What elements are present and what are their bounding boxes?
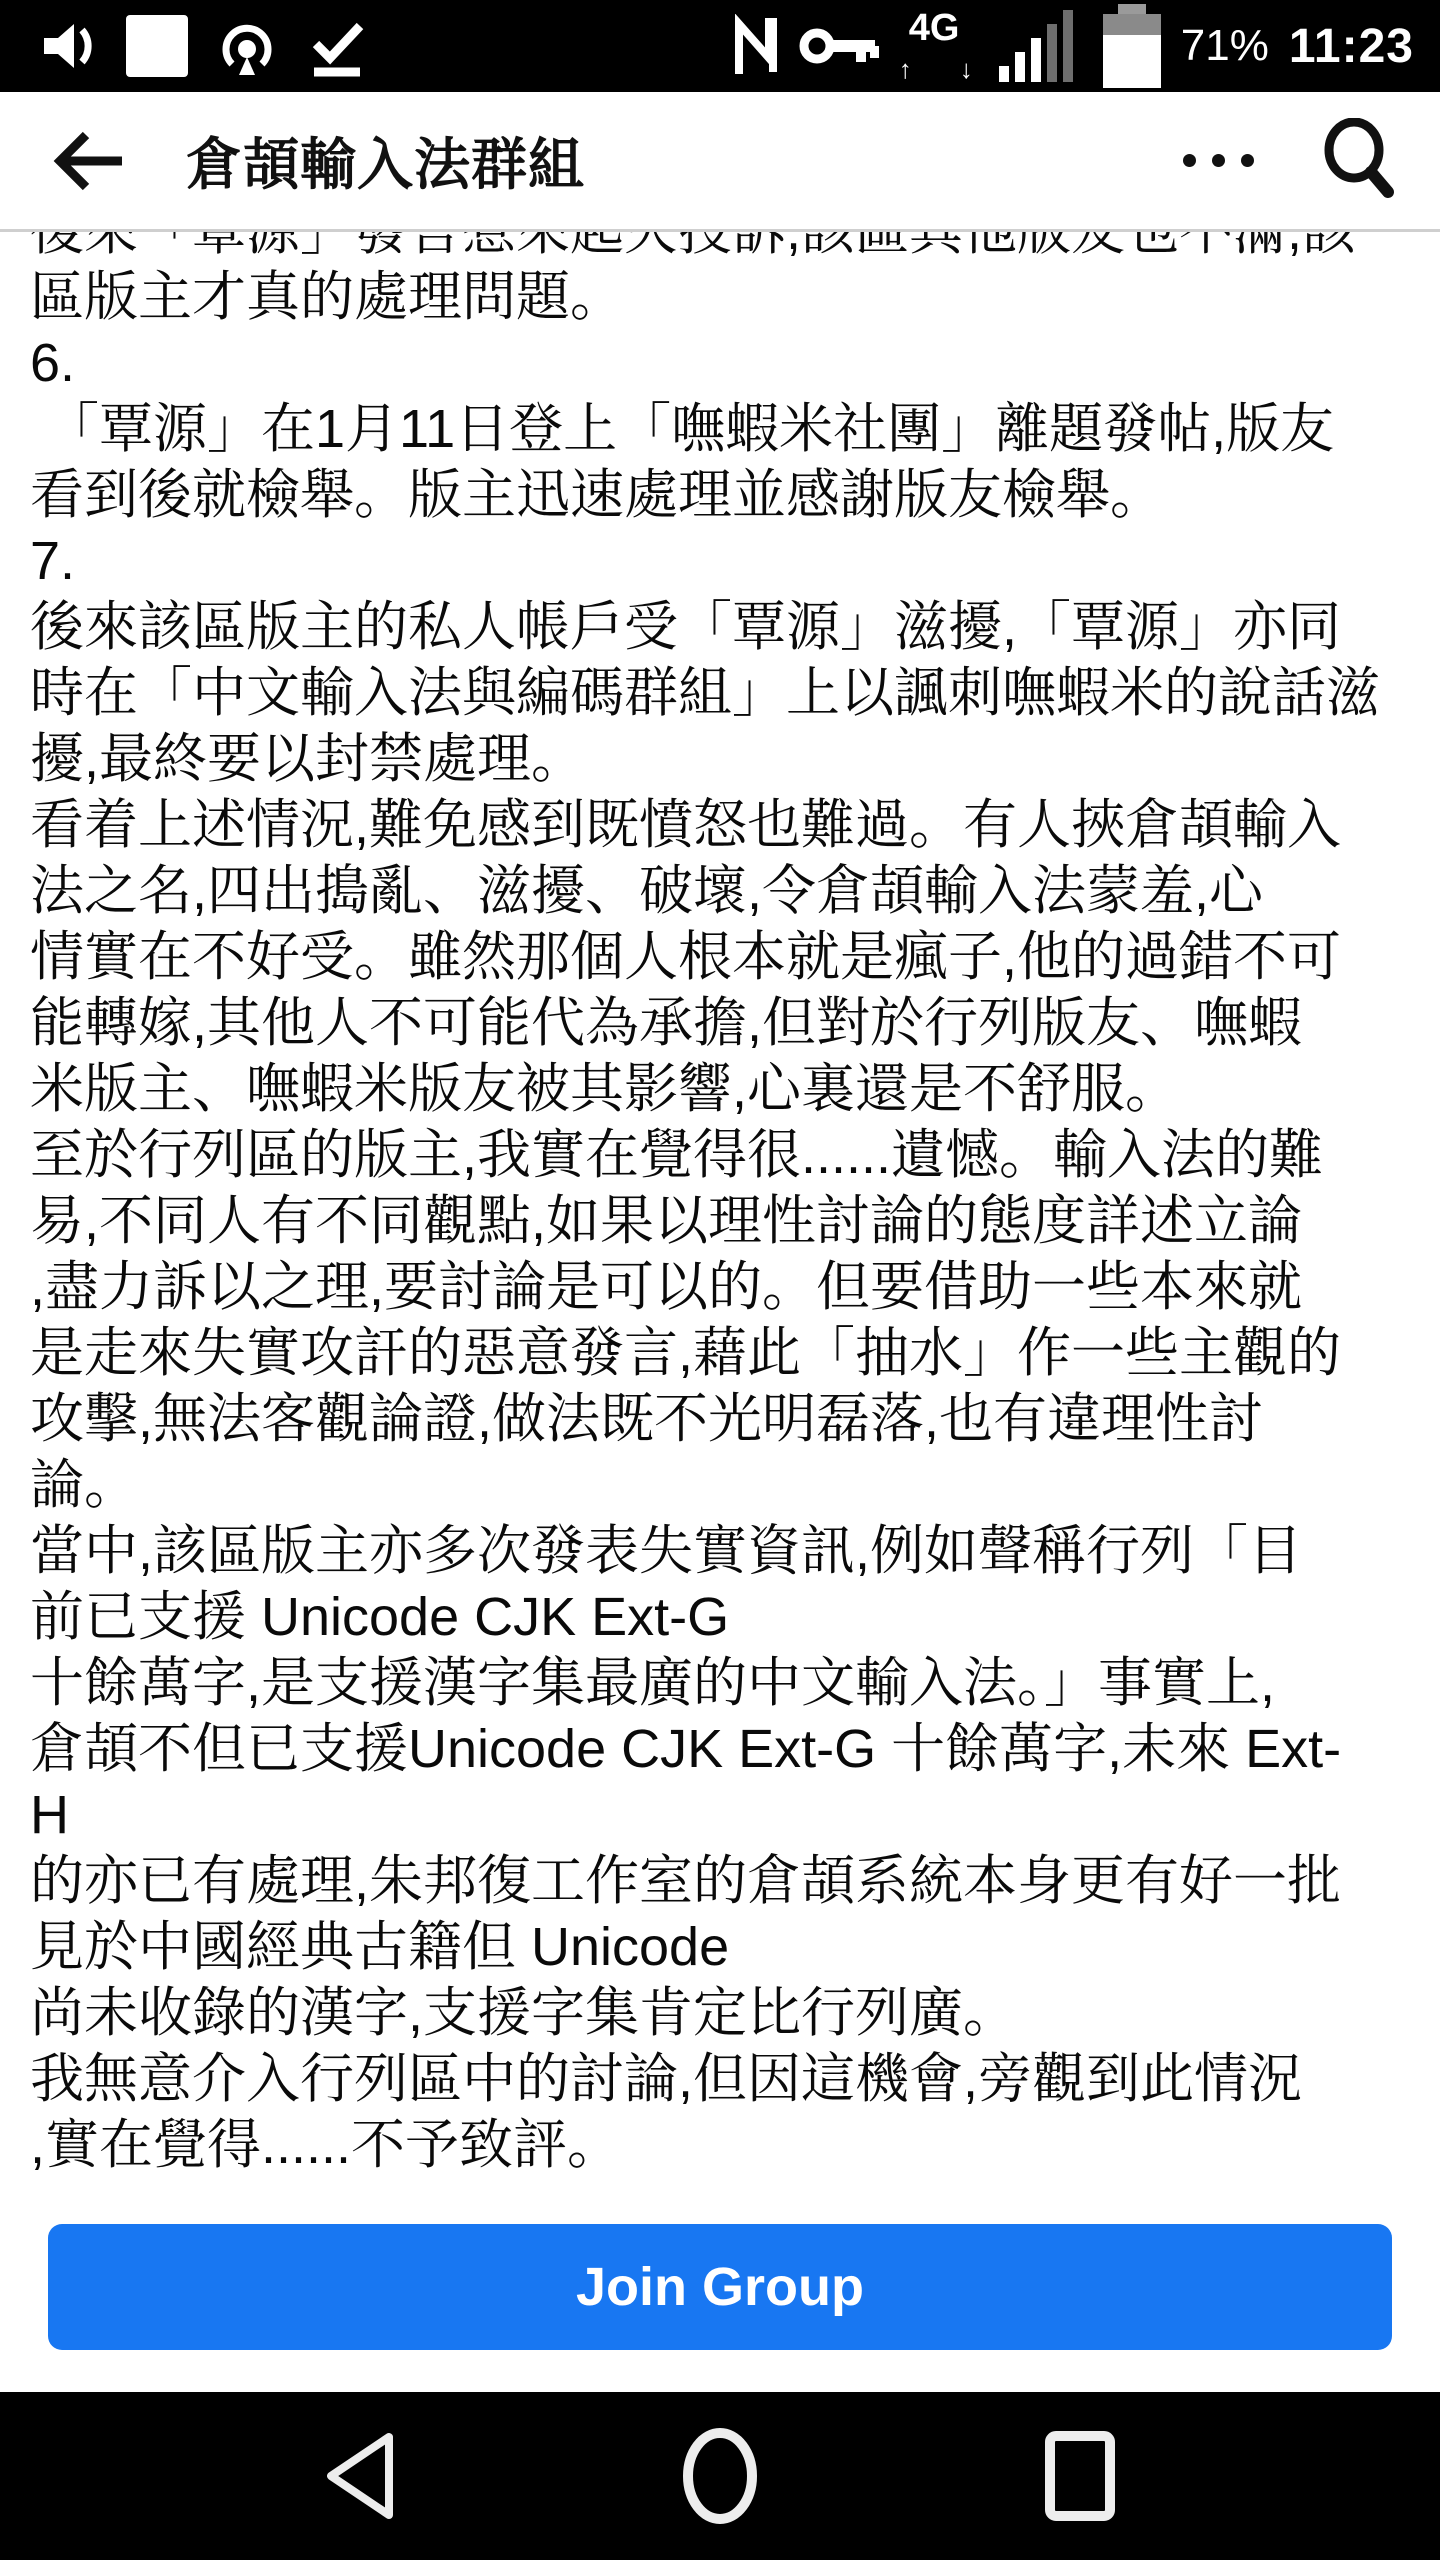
text-line: 擾,最終要以封禁處理。 (30, 726, 1412, 792)
text-line: 尚未收錄的漢字,支援字集肯定比行列廣。 (30, 1980, 1412, 2046)
text-line: H (30, 1782, 1412, 1848)
text-line: 情實在不好受。雖然那個人根本就是瘋子,他的過錯不可 (30, 924, 1412, 990)
back-triangle-icon[interactable] (300, 2416, 420, 2536)
hotspot-icon (214, 13, 280, 79)
4g-data-icon: 4G ↑ ↓ (899, 13, 977, 79)
text-line: 時在「中文輸入法與編碼群組」上以諷刺嘸蝦米的說話滋 (30, 660, 1412, 726)
status-bar: 4G ↑ ↓ 71% 11:23 (0, 0, 1440, 92)
join-group-button[interactable]: Join Group (48, 2224, 1392, 2350)
text-line: 法之名,四出搗亂、滋擾、破壞,令倉頡輸入法蒙羞,心 (30, 858, 1412, 924)
battery-percent: 71% (1181, 21, 1269, 71)
text-line: 攻擊,無法客觀論證,做法既不光明磊落,也有違理性討 (30, 1386, 1412, 1452)
back-arrow-icon[interactable] (52, 129, 128, 193)
app-bar: 倉頡輸入法群組 (0, 92, 1440, 232)
text-line: 是走來失實攻訐的惡意發言,藉此「抽水」作一些主觀的 (30, 1320, 1412, 1386)
text-line: 至於行列區的版主,我實在覺得很......遺憾。輸入法的難 (30, 1122, 1412, 1188)
text-line: 十餘萬字,是支援漢字集最廣的中文輸入法。」事實上, (30, 1650, 1412, 1716)
text-line: 區版主才真的處理問題。 (30, 264, 1412, 330)
text-line: 的亦已有處理,朱邦復工作室的倉頡系統本身更有好一批 (30, 1848, 1412, 1914)
vpn-key-icon (799, 20, 879, 72)
text-line: 當中,該區版主亦多次發表失實資訊,例如聲稱行列「目 (30, 1518, 1412, 1584)
text-line: 米版主、嘸蝦米版友被其影響,心裏還是不舒服。 (30, 1056, 1412, 1122)
volume-icon (36, 14, 100, 78)
text-line: 後來該區版主的私人帳戶受「覃源」滋擾,「覃源」亦同 (30, 594, 1412, 660)
clock: 11:23 (1289, 19, 1414, 74)
text-line: 論。 (30, 1452, 1412, 1518)
screenshot-square-icon (126, 15, 188, 77)
home-circle-icon[interactable] (660, 2416, 780, 2536)
text-line: 倉頡不但已支援Unicode CJK Ext-G 十餘萬字,未來 Ext- (30, 1716, 1412, 1782)
text-line: 我無意介入行列區中的討論,但因這機會,旁觀到此情況 (30, 2046, 1412, 2112)
text-line: 7. (30, 528, 1412, 594)
page-title: 倉頡輸入法群組 (186, 121, 585, 201)
post-text: 後來「覃源」發言惹來起火投訴,該區其他版友也不滿,該區版主才真的處理問題。6. … (0, 232, 1440, 2178)
text-line: ,盡力訴以之理,要討論是可以的。但要借助一些本來就 (30, 1254, 1412, 1320)
three-dot-menu-icon[interactable] (1173, 144, 1264, 177)
text-line: 前已支援 Unicode CJK Ext-G (30, 1584, 1412, 1650)
text-line: 易,不同人有不同觀點,如果以理性討論的態度詳述立論 (30, 1188, 1412, 1254)
nfc-icon (733, 14, 779, 78)
text-line: 6. (30, 330, 1412, 396)
search-icon[interactable] (1320, 118, 1396, 203)
text-line: 「覃源」在1月11日登上「嘸蝦米社團」離題發帖,版友 (30, 396, 1412, 462)
check-underline-icon (306, 14, 368, 78)
text-line: 見於中國經典古籍但 Unicode (30, 1914, 1412, 1980)
text-line: ,實在覺得......不予致評。 (30, 2112, 1412, 2178)
signal-icon (997, 8, 1083, 84)
android-nav-bar (0, 2392, 1440, 2560)
text-line: 能轉嫁,其他人不可能代為承擔,但對於行列版友、嘸蝦 (30, 990, 1412, 1056)
text-line: 看着上述情況,難免感到既憤怒也難過。有人挾倉頡輸入 (30, 792, 1412, 858)
text-line: 看到後就檢舉。版主迅速處理並感謝版友檢舉。 (30, 462, 1412, 528)
battery-icon (1103, 4, 1161, 88)
recents-square-icon[interactable] (1020, 2416, 1140, 2536)
